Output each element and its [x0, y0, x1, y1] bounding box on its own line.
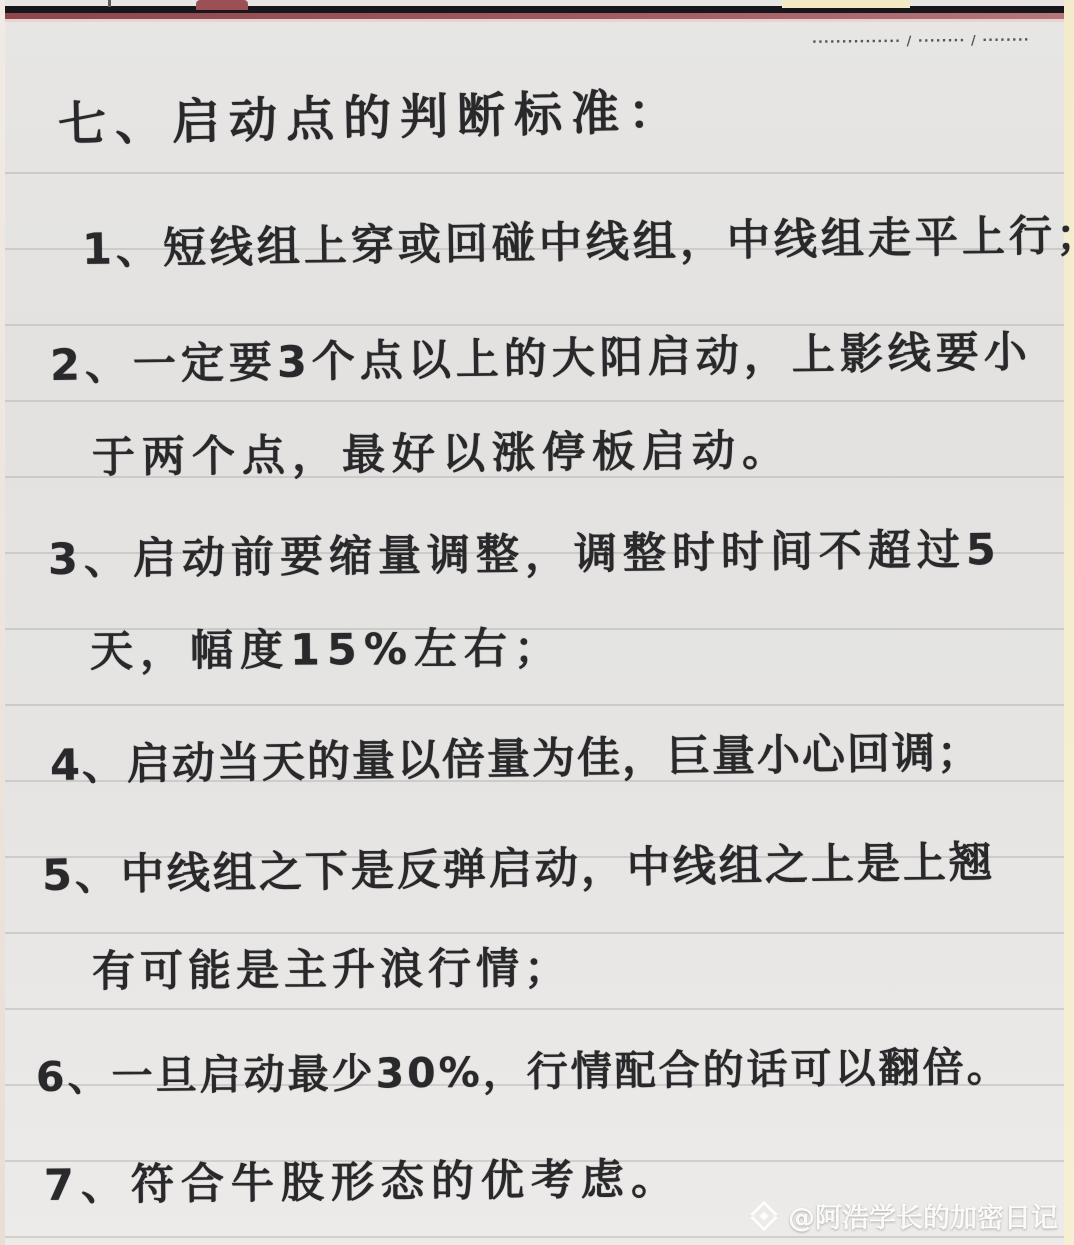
handwritten-line: 7、符合牛股形态的优考虑。: [44, 1145, 682, 1213]
date-field: ··············· / ········ / ········: [812, 33, 1030, 50]
page-left-edge: [0, 0, 5, 1245]
handwritten-line: 3、启动前要缩量调整，调整时时间不超过5: [48, 516, 1002, 587]
handwritten-line: 5、中线组之下是反弹启动，中线组之上是上翘: [42, 829, 996, 903]
handwritten-line: 1、短线组上穿或回碰中线组，中线组走平上行；: [82, 202, 1074, 277]
desk-corner: [782, 0, 910, 8]
handwritten-line: 6、一旦启动最少30%，行情配合的话可以翻倍。: [36, 1034, 1011, 1103]
handwritten-line: 2、一定要3个点以上的大阳启动，上影线要小: [50, 318, 1033, 393]
page-title: 七、启动点的判断标准：: [57, 73, 685, 155]
watermark: @阿浩学长的加密日记: [748, 1196, 1058, 1235]
edge-mark: [108, 0, 111, 7]
desk-right-strip: [1064, 0, 1074, 1245]
cover-edge-highlight: [0, 19, 1074, 22]
notebook-photo: ··············· / ········ / ········ 七、…: [0, 0, 1074, 1245]
handwritten-line: 于两个点，最好以涨停板启动。: [92, 417, 793, 485]
handwritten-line: 天，幅度15%左右；: [90, 615, 564, 679]
binder-tab: [196, 0, 248, 10]
handwritten-line: 4、启动当天的量以倍量为佳，巨量小心回调；: [50, 719, 983, 793]
watermark-text: @阿浩学长的加密日记: [788, 1196, 1058, 1235]
binance-diamond-icon: [748, 1200, 780, 1232]
handwritten-line: 有可能是主升浪行情；: [92, 935, 572, 999]
